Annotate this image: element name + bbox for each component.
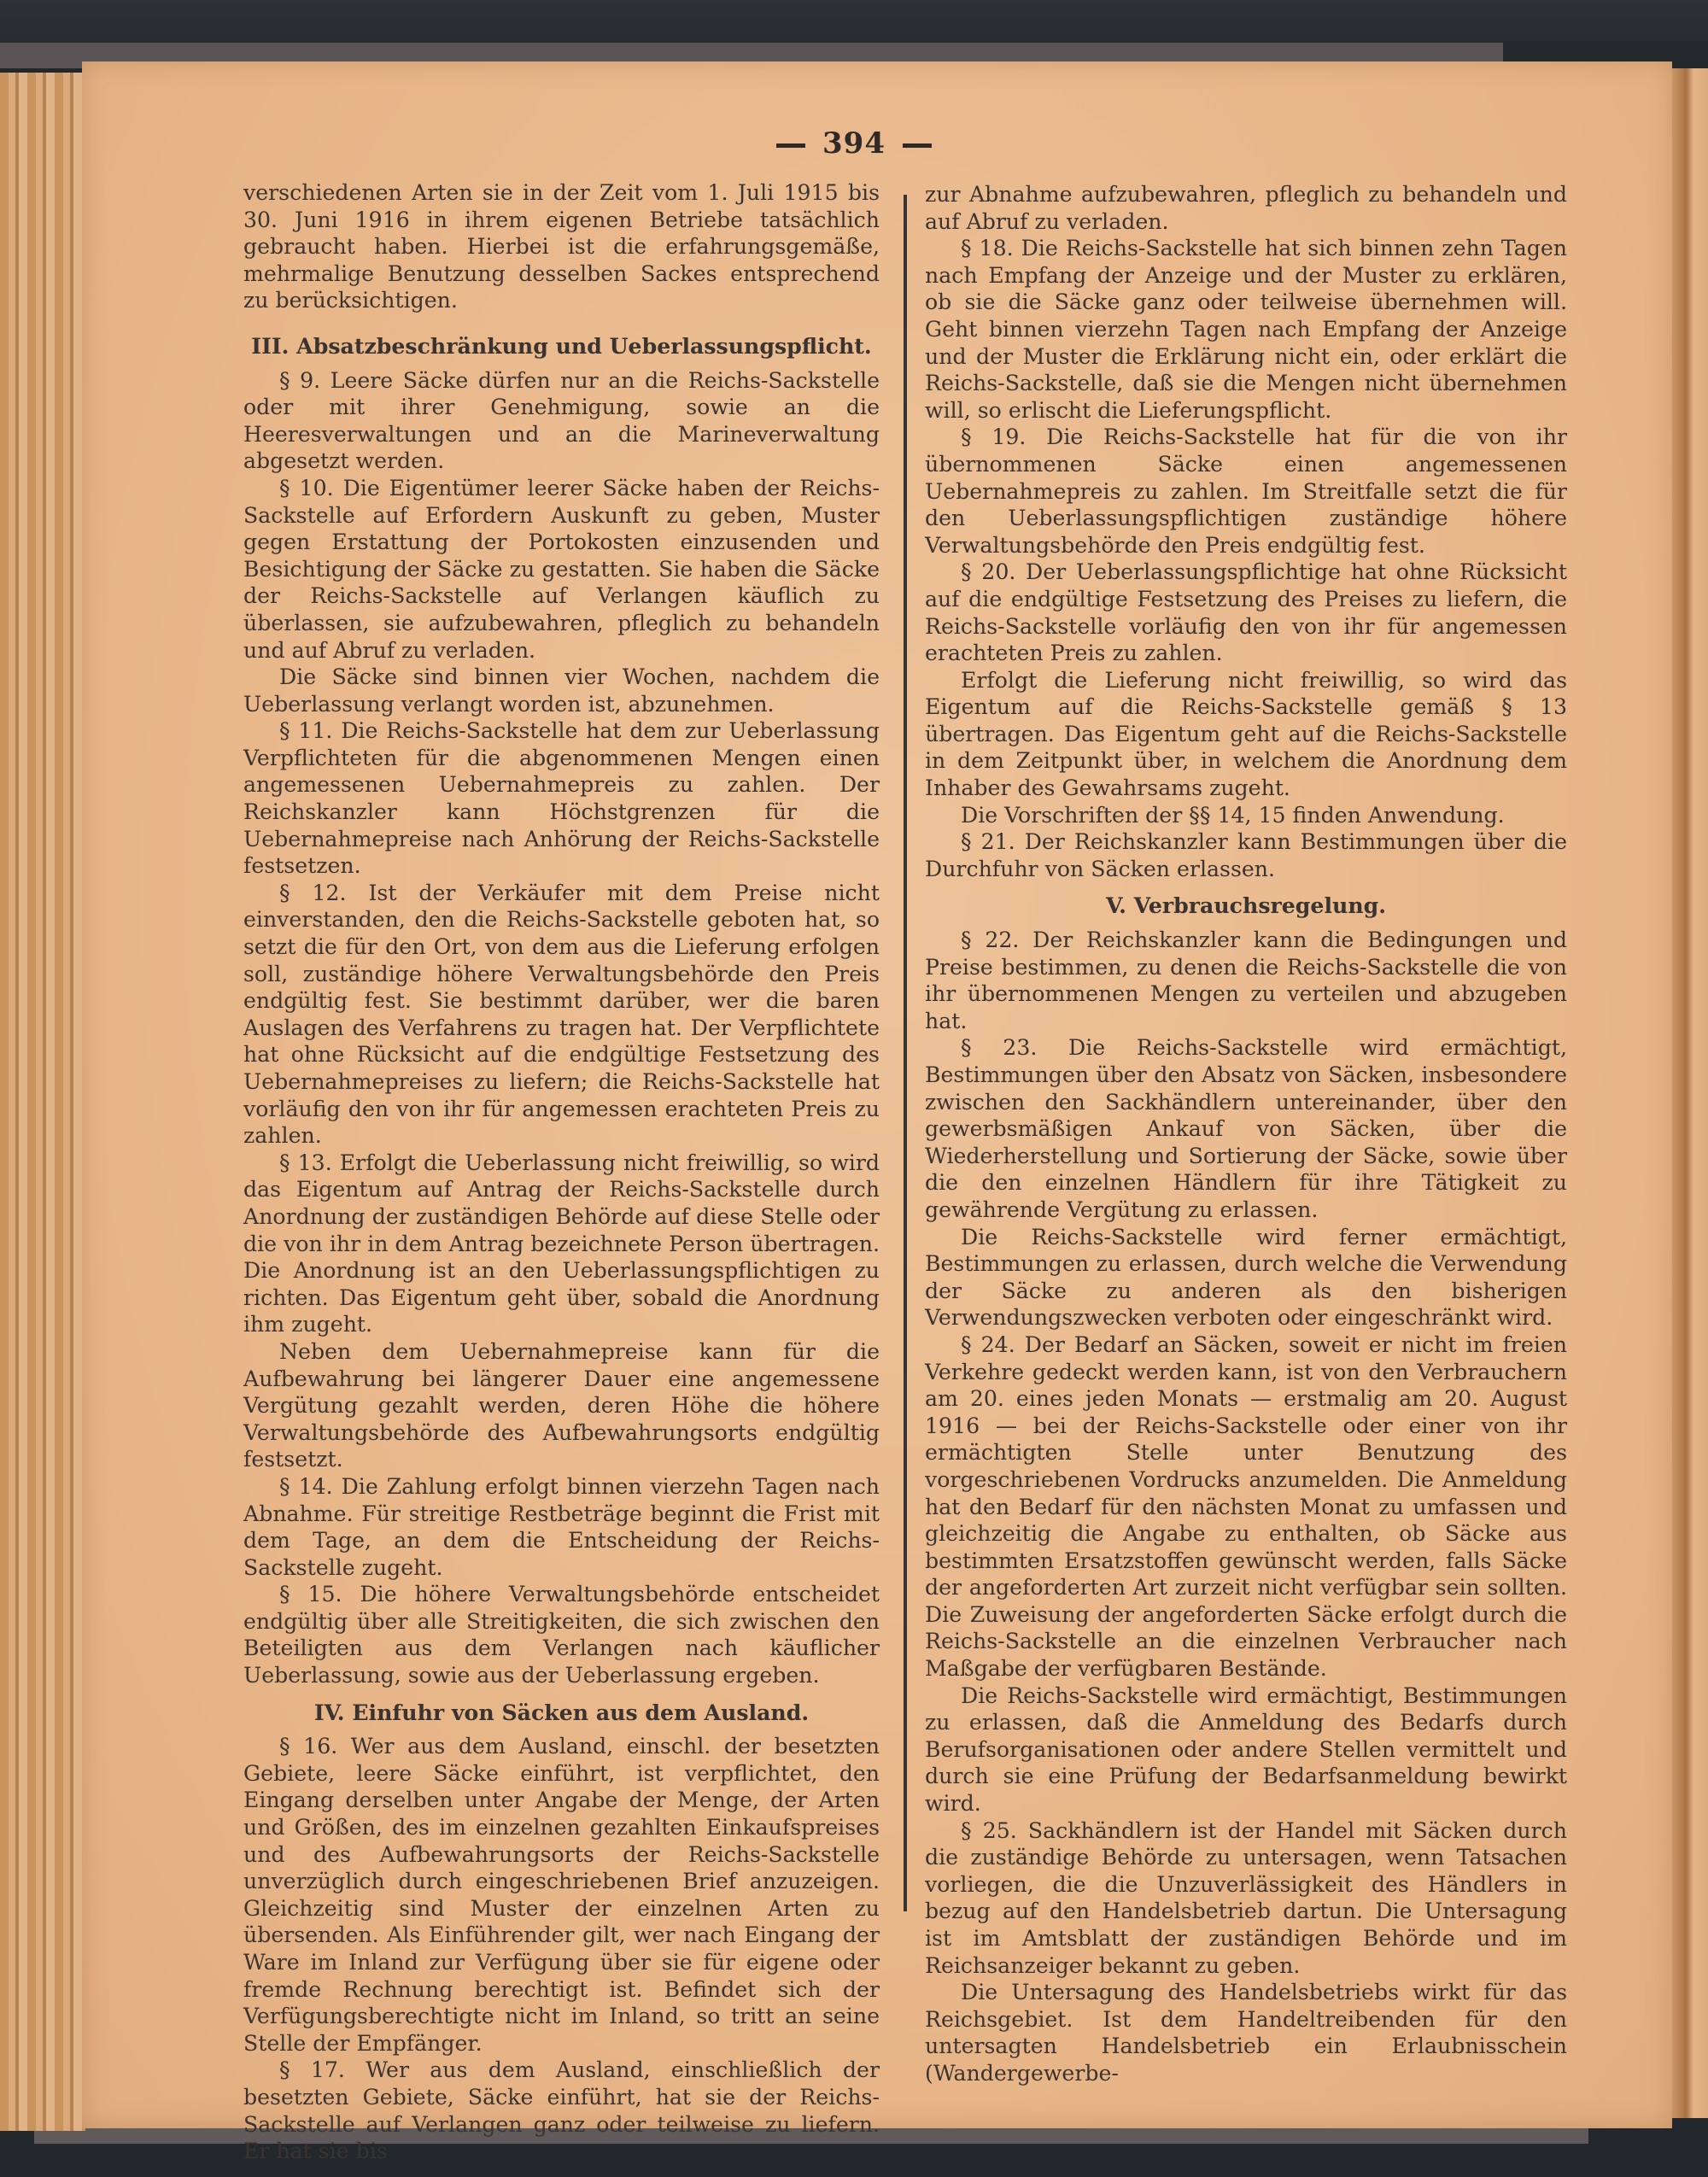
paragraph-22: § 22. Der Reichskanzler kann die Bedingu… <box>925 927 1567 1034</box>
paragraph-13: § 13. Erfolgt die Ueberlassung nicht fre… <box>243 1150 880 1338</box>
column-divider <box>904 195 907 1911</box>
header-dash-left <box>776 143 805 148</box>
page-number: 394 <box>822 126 886 161</box>
paragraph-23-b: Die Reichs-Sackstelle wird ferner ermäch… <box>925 1224 1567 1331</box>
paragraph-continuation: verschiedenen Arten sie in der Zeit vom … <box>243 179 880 314</box>
paragraph-continuation: zur Abnahme aufzubewahren, pfleglich zu … <box>925 181 1567 235</box>
paragraph-20: § 20. Der Ueberlassungspflichtige hat oh… <box>925 559 1567 666</box>
paragraph-18: § 18. Die Reichs-Sackstelle hat sich bin… <box>925 235 1567 424</box>
paragraph-25: § 25. Sackhändlern ist der Handel mit Sä… <box>925 1817 1567 1980</box>
paragraph-10-b: Die Säcke sind binnen vier Wochen, nachd… <box>243 664 880 717</box>
header-dash-right <box>903 143 932 148</box>
paragraph-24-b: Die Reichs-Sackstelle wird ermächtigt, B… <box>925 1682 1567 1817</box>
right-column: zur Abnahme aufzubewahren, pfleglich zu … <box>925 181 1567 2087</box>
paragraph-21: § 21. Der Reichskanzler kann Bestimmunge… <box>925 828 1567 882</box>
paragraph-23: § 23. Die Reichs-Sackstelle wird ermächt… <box>925 1034 1567 1223</box>
paragraph-19: § 19. Die Reichs-Sackstelle hat für die … <box>925 424 1567 559</box>
page-header: 394 <box>0 126 1708 161</box>
paragraph-14: § 14. Die Zahlung erfolgt binnen vierzeh… <box>243 1473 880 1581</box>
section-heading-iv: IV. Einfuhr von Säcken aus dem Ausland. <box>243 1700 880 1727</box>
paragraph-9: § 9. Leere Säcke dürfen nur an die Reich… <box>243 367 880 475</box>
section-heading-iii: III. Absatzbeschränkung und Ueberlassung… <box>243 333 880 360</box>
paragraph-17: § 17. Wer aus dem Ausland, einschließlic… <box>243 2057 880 2164</box>
paragraph-16: § 16. Wer aus dem Ausland, einschl. der … <box>243 1733 880 2057</box>
page-edges-left <box>0 73 85 2131</box>
left-column: verschiedenen Arten sie in der Zeit vom … <box>243 179 880 2165</box>
paragraph-25-b: Die Untersagung des Handelsbetriebs wirk… <box>925 1979 1567 2086</box>
paragraph-11: § 11. Die Reichs-Sackstelle hat dem zur … <box>243 717 880 880</box>
paragraph-12: § 12. Ist der Verkäufer mit dem Preise n… <box>243 880 880 1150</box>
paragraph-15: § 15. Die höhere Verwaltungsbehörde ents… <box>243 1581 880 1688</box>
section-heading-v: V. Verbrauchsregelung. <box>925 892 1567 920</box>
paragraph-24: § 24. Der Bedarf an Säcken, soweit er ni… <box>925 1331 1567 1682</box>
paragraph-10: § 10. Die Eigentümer leerer Säcke haben … <box>243 475 880 664</box>
paragraph-20-c: Die Vorschriften der §§ 14, 15 finden An… <box>925 802 1567 829</box>
paragraph-13-b: Neben dem Uebernahmepreise kann für die … <box>243 1338 880 1473</box>
paragraph-20-b: Erfolgt die Lieferung nicht freiwillig, … <box>925 667 1567 802</box>
page-edge-right <box>1672 68 1708 2118</box>
